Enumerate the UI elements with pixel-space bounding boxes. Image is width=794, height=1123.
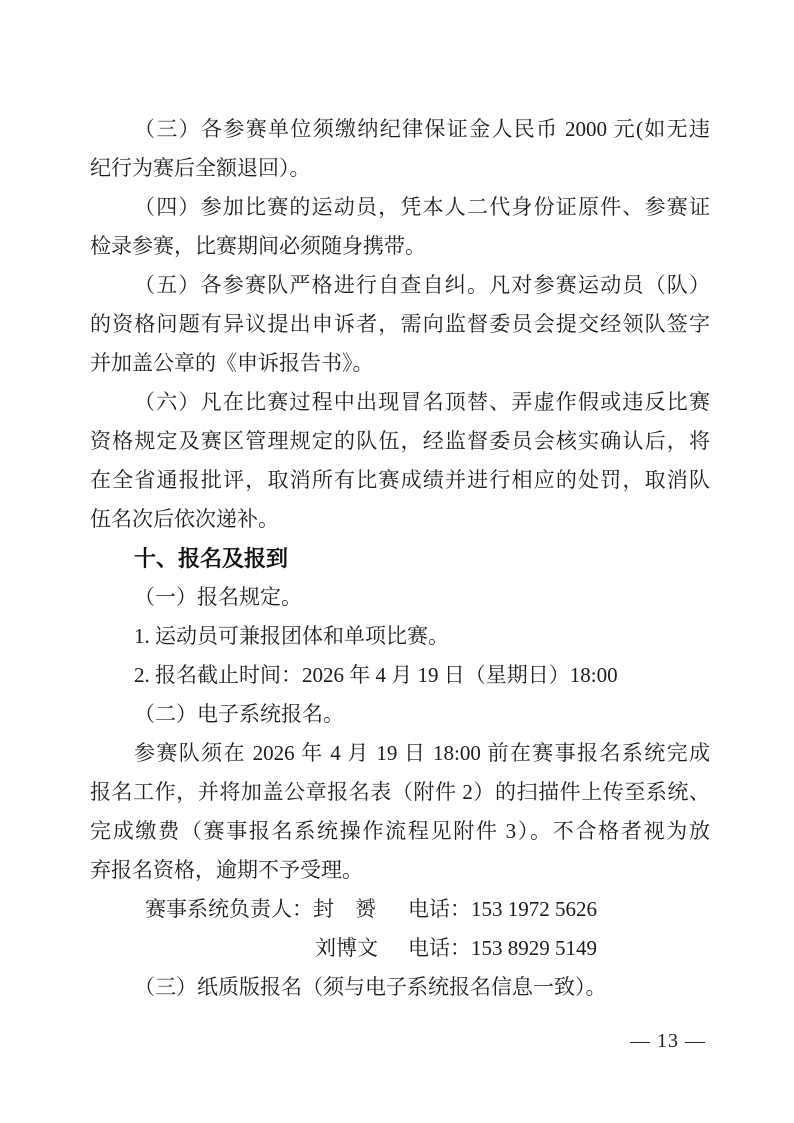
text-line: 参赛队须在 2026 年 4 月 19 日 18:00 前在赛事报名系统完成 — [90, 734, 710, 773]
contact-person: 赛事系统负责人：封 赟 — [90, 897, 376, 921]
text-line: 伍名次后依次递补。 — [90, 500, 710, 539]
contact-phone: 电话：153 8929 5149 — [408, 929, 597, 968]
text-line: 并加盖公章的《申诉报告书》。 — [90, 344, 710, 383]
document-page: （三）各参赛单位须缴纳纪律保证金人民币 2000 元(如无违纪行为赛后全额退回）… — [0, 0, 794, 1123]
contact-line: 刘博文电话：153 8929 5149 — [90, 929, 710, 968]
text-line: （二）电子系统报名。 — [90, 695, 710, 734]
text-line: （三）纸质版报名（须与电子系统报名信息一致）。 — [90, 968, 710, 1007]
text-line: （四）参加比赛的运动员，凭本人二代身份证原件、参赛证 — [90, 188, 710, 227]
text-line: 完成缴费（赛事报名系统操作流程见附件 3）。不合格者视为放 — [90, 812, 710, 851]
text-line: 资格规定及赛区管理规定的队伍，经监督委员会核实确认后，将 — [90, 422, 710, 461]
text-line: （六）凡在比赛过程中出现冒名顶替、弄虚作假或违反比赛 — [90, 383, 710, 422]
text-line: 2. 报名截止时间：2026 年 4 月 19 日（星期日）18:00 — [90, 656, 710, 695]
text-line: （三）各参赛单位须缴纳纪律保证金人民币 2000 元(如无违 — [90, 110, 710, 149]
text-line: 纪行为赛后全额退回）。 — [90, 149, 710, 188]
document-body: （三）各参赛单位须缴纳纪律保证金人民币 2000 元(如无违纪行为赛后全额退回）… — [90, 110, 710, 1007]
contact-line: 赛事系统负责人：封 赟电话：153 1972 5626 — [90, 890, 710, 929]
text-line: 弃报名资格，逾期不予受理。 — [90, 851, 710, 890]
contact-phone: 电话：153 1972 5626 — [408, 890, 597, 929]
text-line: 报名工作，并将加盖公章报名表（附件 2）的扫描件上传至系统、 — [90, 773, 710, 812]
text-line: （一）报名规定。 — [90, 578, 710, 617]
text-line: 检录参赛，比赛期间必须随身携带。 — [90, 227, 710, 266]
page-number: — 13 — — [630, 1030, 706, 1053]
section-heading: 十、报名及报到 — [90, 539, 710, 578]
contact-person: 刘博文 — [90, 936, 378, 960]
text-line: 1. 运动员可兼报团体和单项比赛。 — [90, 617, 710, 656]
text-line: （五）各参赛队严格进行自查自纠。凡对参赛运动员（队） — [90, 266, 710, 305]
text-line: 在全省通报批评，取消所有比赛成绩并进行相应的处罚，取消队 — [90, 461, 710, 500]
text-line: 的资格问题有异议提出申诉者，需向监督委员会提交经领队签字 — [90, 305, 710, 344]
